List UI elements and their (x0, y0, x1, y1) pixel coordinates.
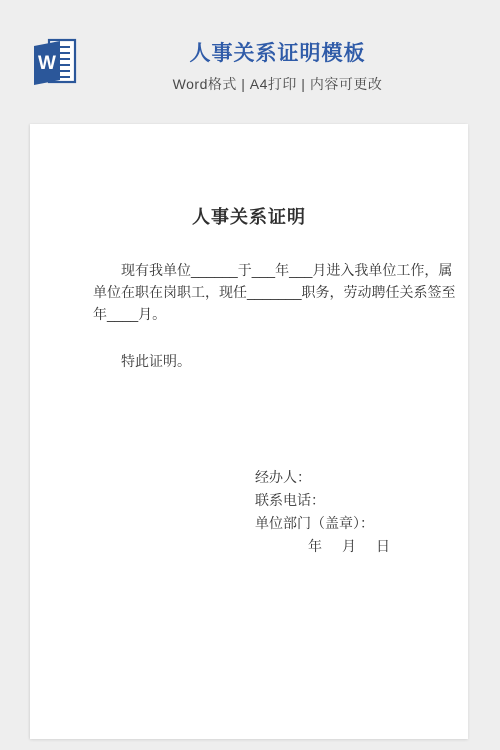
signature-department: 单位部门（盖章）： (255, 512, 393, 535)
signature-block: 经办人： 联系电话： 单位部门（盖章）： 年 月 日 (255, 466, 393, 558)
signature-handler: 经办人： (255, 466, 393, 489)
closing-line: 特此证明。 (93, 350, 416, 372)
header: W 人事关系证明模板 Word格式 | A4打印 | 内容可更改 (0, 0, 500, 124)
signature-phone: 联系电话： (255, 489, 393, 512)
document-page: 人事关系证明 现有我单位______于___年___月进入我单位工作，属 单位在… (30, 124, 468, 739)
body-line-3: 年____月。 (93, 303, 416, 325)
page-subtitle: Word格式 | A4打印 | 内容可更改 (55, 74, 500, 94)
svg-text:W: W (38, 53, 56, 74)
header-text: 人事关系证明模板 Word格式 | A4打印 | 内容可更改 (55, 40, 500, 94)
body-line-1: 现有我单位______于___年___月进入我单位工作，属 (93, 259, 416, 281)
body-line-2: 单位在职在岗职工，现任_______职务，劳动聘任关系签至 (93, 281, 416, 303)
document-body: 现有我单位______于___年___月进入我单位工作，属 单位在职在岗职工，现… (30, 259, 468, 372)
signature-date: 年 月 日 (255, 535, 393, 558)
document-title: 人事关系证明 (30, 204, 468, 230)
page-title: 人事关系证明模板 (55, 40, 500, 68)
